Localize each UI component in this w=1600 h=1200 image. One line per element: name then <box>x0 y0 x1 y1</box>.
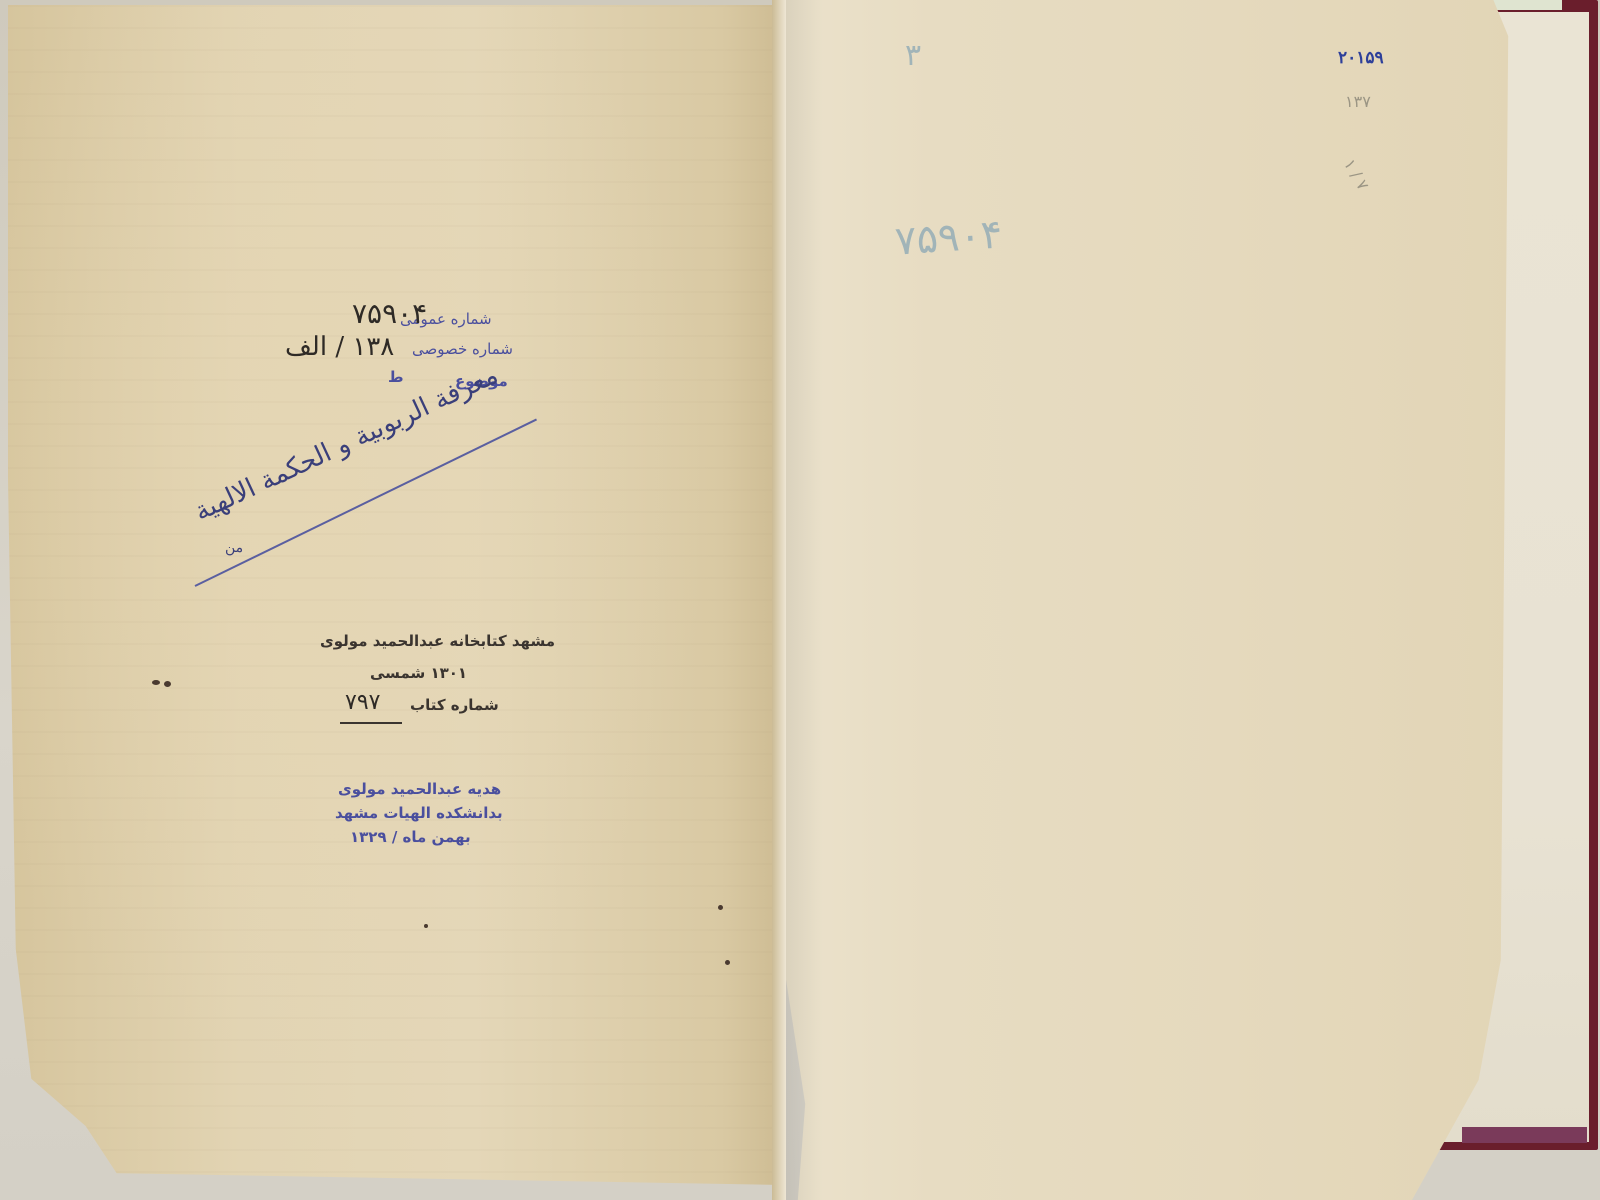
subject-value: ط <box>388 368 404 386</box>
left-page <box>8 5 784 1185</box>
special-number-label: شماره خصوصی <box>412 340 513 358</box>
ink-spot <box>725 960 730 965</box>
title-prefix: من <box>225 540 243 556</box>
ink-spot <box>164 681 171 687</box>
library-stamp-line1: مشهد کتابخانه عبدالحمید مولوی <box>320 632 555 650</box>
binding-edge <box>1462 1127 1587 1143</box>
library-stamp-line2: ۱۳۰۱ شمسی <box>370 664 467 682</box>
donation-stamp-line1: هدیه عبدالحمید مولوی <box>338 780 501 798</box>
ink-spot <box>152 680 160 685</box>
special-number-value: ۱۳۸ / الف <box>285 332 394 362</box>
corner-pen-number: ۲۰۱۵۹ <box>1338 48 1384 68</box>
library-stamp-book-number-value: ۷۹۷ <box>345 690 380 715</box>
strikethrough-line <box>340 722 402 724</box>
pencil-note-top: ۳ <box>905 38 921 73</box>
donation-stamp-line3: بهمن ماه / ۱۳۲۹ <box>350 828 471 846</box>
right-page <box>783 0 1523 1200</box>
page-shadow <box>783 0 823 1200</box>
pencil-note-middle: ۷۵۹۰۴ <box>894 211 1004 264</box>
donation-stamp-line2: بدانشکده الهیات مشهد <box>335 804 503 822</box>
ink-spot <box>718 905 723 910</box>
gutter <box>772 0 786 1200</box>
general-number-value: ۷۵۹۰۴ <box>352 297 427 330</box>
ink-spot <box>424 924 428 928</box>
library-stamp-book-number-label: شماره کتاب <box>410 696 499 714</box>
corner-pencil-number: ۱۳۷ <box>1345 92 1371 111</box>
